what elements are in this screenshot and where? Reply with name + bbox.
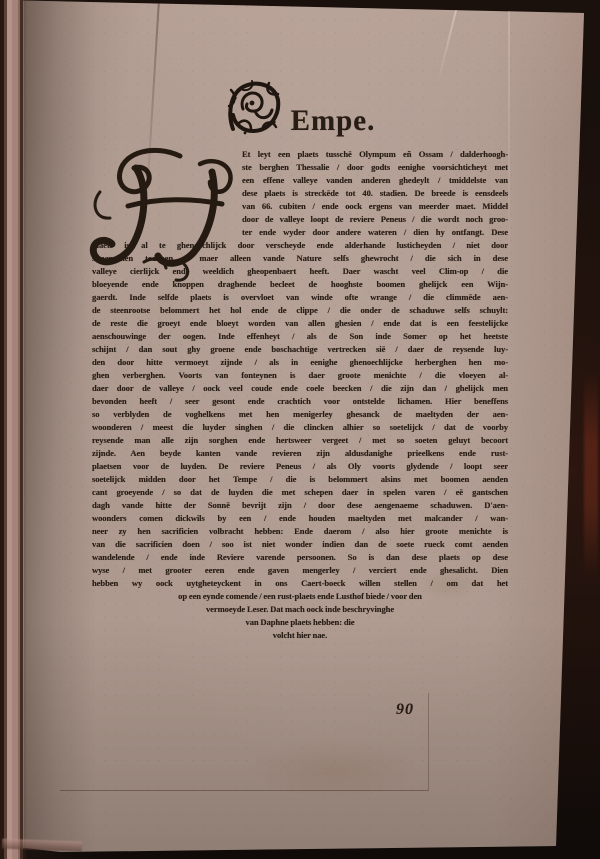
text-line: zijnde. Aen beyde kanten vande revieren … <box>92 447 508 460</box>
text-line: wyse / met grooter eeren ende gaven meng… <box>92 564 508 577</box>
text-line: reysende man alle zijn sorghen ende hert… <box>92 434 508 447</box>
text-line: woonderen / meest die luyder singhen / d… <box>92 421 508 434</box>
page-crease <box>508 4 510 284</box>
text-line: so verblyden de voghelkens met hen menig… <box>92 408 508 421</box>
chapter-heading: T <box>92 74 508 138</box>
text-line: Et leyt een plaets tusschē Olympum eñ Os… <box>242 148 508 161</box>
text-line: aenschouwinge der oogen. Inde effenheyt … <box>92 330 508 343</box>
text-line: op een eynde comende / een rust-plaets e… <box>92 590 508 603</box>
text-line: daer door de valleye / oock veel coude e… <box>92 382 508 395</box>
text-line: van Daphne plaets hebben: die <box>92 616 508 629</box>
margin-red-detail <box>584 370 598 580</box>
text-line: plaetsen voor de luyden. De reviere Pene… <box>92 460 508 473</box>
text-line: ter ende wyder door andere wateren / die… <box>242 226 508 239</box>
text-line: van die sacrificien doen / soo ist niet … <box>92 538 508 551</box>
text-line: de steenrootse belommert het hol ende de… <box>92 304 508 317</box>
gutter-shadow <box>24 0 96 859</box>
text-block: H Et leyt een plaets tusschē Olympum eñ … <box>92 148 508 642</box>
text-line: van 66. cubiten / ende oock ergens van m… <box>242 200 508 213</box>
text-line: dese plaets is streckēde tot 40. stadien… <box>242 187 508 200</box>
text-line: cant groeyende / so dat de luyden die me… <box>92 486 508 499</box>
verso-text-impression <box>60 693 429 791</box>
text-line: woonders comen dickwils by een / ende ho… <box>92 512 508 525</box>
chapter-title: Empe. <box>291 107 376 137</box>
text-line: door de valleye loopt de reviere Peneus … <box>242 213 508 226</box>
text-line: de reste die groeyt ende bloeyt worden v… <box>92 317 508 330</box>
text-line: vermoeyde Leser. Dat mach oock inde besc… <box>92 603 508 616</box>
page-stack-edges <box>0 0 27 859</box>
page-crease <box>437 1 460 84</box>
text-line: wandelende / ende inde Reviere varende p… <box>92 551 508 564</box>
text-line: hebben wy oock uytgheteyckent in ons Cae… <box>92 577 508 590</box>
text-line: den door hitte vermoeyt zijnde / als in … <box>92 356 508 369</box>
book-photo: T <box>0 0 600 859</box>
woodcut-initial-t-icon: T <box>225 78 284 138</box>
text-line: bevonden heeft / seer gesont ende cracht… <box>92 395 508 408</box>
ornate-initial-h-icon: H <box>92 148 242 239</box>
page-number: 90 <box>396 701 414 719</box>
text-line: een effene valleye vanden anderen ghedey… <box>242 174 508 187</box>
text-line: dagh vande hitte der Sonnē bevrijt zijn … <box>92 499 508 512</box>
text-line: neer zy hen sacrificien volbracht hebben… <box>92 525 508 538</box>
text-line: ghen verberghen. Voorts van fonteynen is… <box>92 369 508 382</box>
text-line: schijnt / dan sout ghy groene ende bosch… <box>92 343 508 356</box>
text-line: volcht hier nae. <box>92 629 508 642</box>
text-line: ste berghen Thessalie / door godts eenig… <box>242 161 508 174</box>
text-line: soetelijck midden door het Tempe / die i… <box>92 473 508 486</box>
